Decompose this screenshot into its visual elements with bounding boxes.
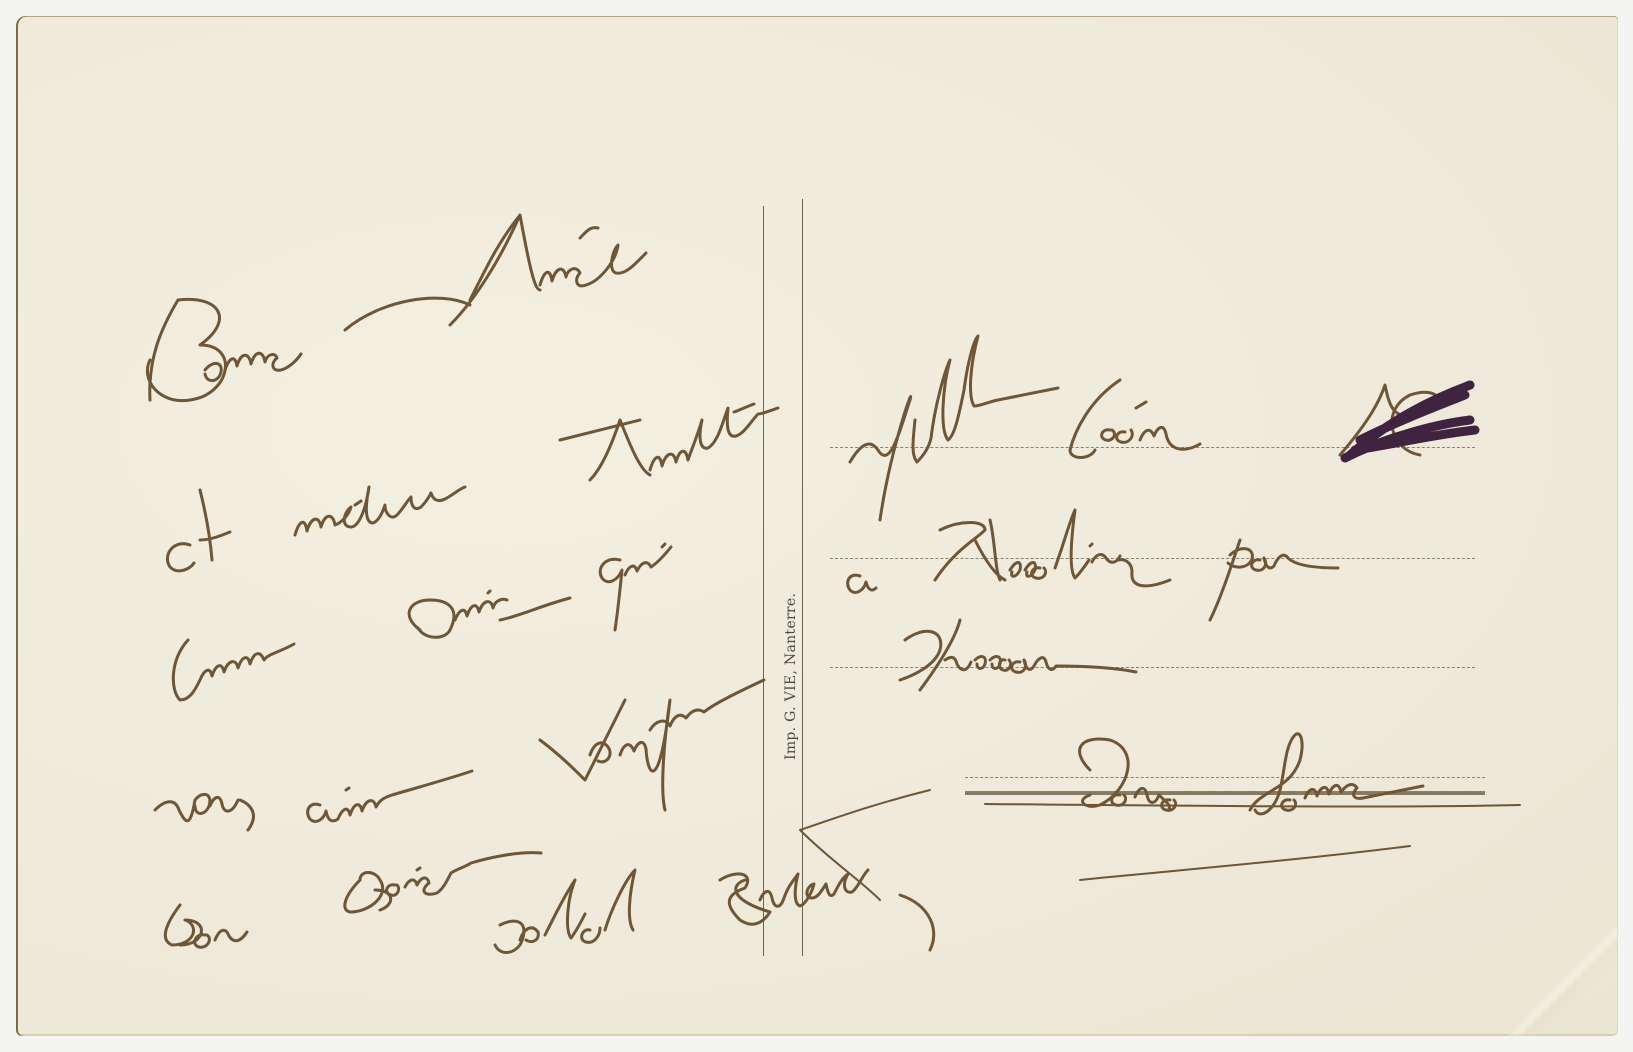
address-struck-out: Bl... (1340, 400, 1408, 440)
address-recipient: Melle Léone (860, 400, 1110, 446)
address-department: Deux Sèvres (1080, 745, 1334, 791)
address-locality: à Ussolière par (860, 520, 1169, 566)
corner-crease (1498, 906, 1618, 1036)
message-line-3: d'une amie qui (180, 590, 435, 630)
signature: Rachel Cuilard (500, 900, 757, 940)
address-town: Usseau (900, 625, 1048, 671)
message-line-5: Bon Baiser (170, 880, 358, 920)
message-line-2: et meilleur Amitiés (170, 450, 498, 490)
message-line-1: Bonne Année (130, 200, 399, 246)
address-line-1 (830, 447, 1475, 448)
address-line-4-underline (965, 791, 1485, 795)
divider-line-right (802, 199, 803, 956)
printer-imprint: Imp. G. VIE, Nanterre. (783, 593, 799, 760)
divider-line-left (763, 206, 764, 956)
message-line-4: vous aime toujours (160, 730, 487, 770)
